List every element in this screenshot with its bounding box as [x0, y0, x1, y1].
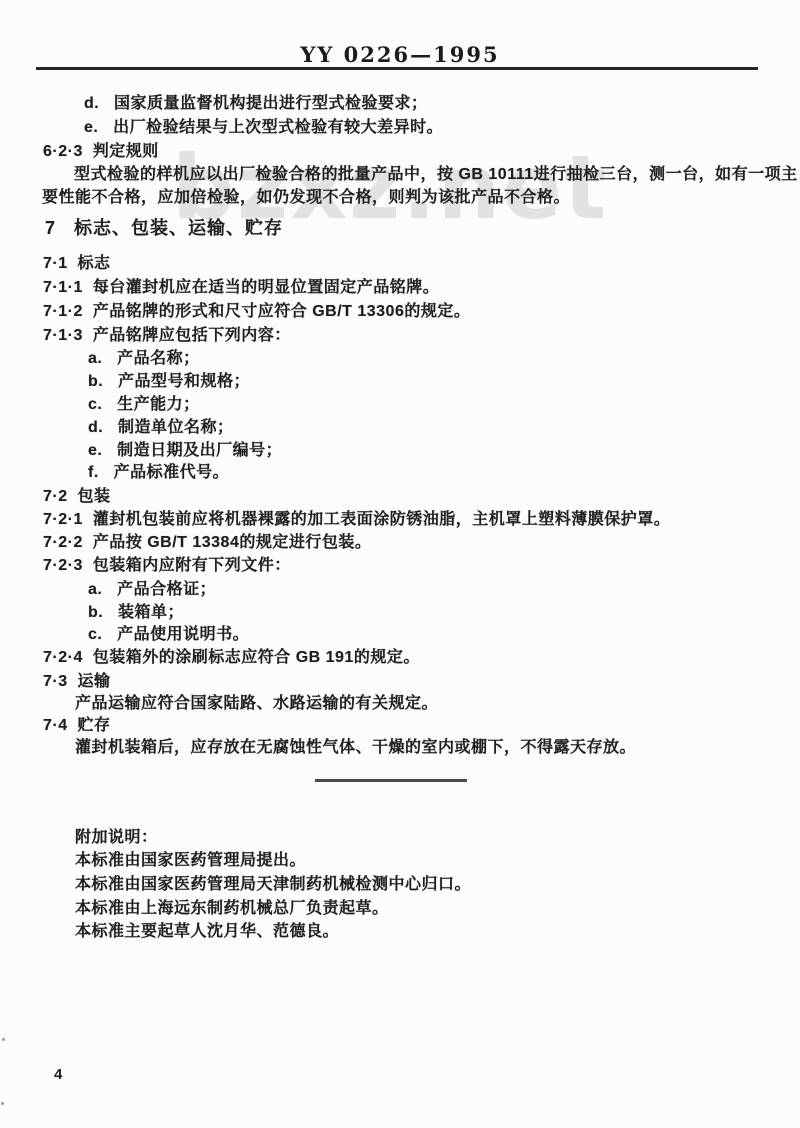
clause-7-2-4: 7·2·4 包装箱外的涂刷标志应符合 GB 191的规定。: [43, 644, 420, 667]
nameplate-item-d: d. 制造单位名称；: [88, 414, 234, 437]
clause-7-3-para: 产品运输应符合国家陆路、水路运输的有关规定。: [75, 690, 438, 713]
header-rule: [36, 67, 758, 70]
clause-7-1-heading: 7·1 标志: [43, 250, 111, 273]
packing-doc-item-a: a. 产品合格证；: [88, 576, 216, 599]
document-page: bzxz.net YY 0226—1995 d. 国家质量监督机构提出进行型式检…: [0, 0, 800, 1128]
standard-number: YY 0226—1995: [0, 42, 800, 67]
clause-7-4-heading: 7·4 贮存: [43, 712, 111, 735]
clause-7-1-3: 7·1·3 产品铭牌应包括下列内容：: [43, 322, 291, 345]
appendix-line-proposer: 本标准由国家医药管理局提出。: [75, 847, 306, 870]
clause-6-2-2-item-d: d. 国家质量监督机构提出进行型式检验要求；: [84, 90, 428, 113]
clause-7-2-1: 7·2·1 灌封机包装前应将机器裸露的加工表面涂防锈油脂，主机罩上塑料薄膜保护罩…: [43, 506, 670, 529]
clause-6-2-3-para-line-2: 要性能不合格，应加倍检验，如仍发现不合格，则判为该批产品不合格。: [42, 184, 570, 207]
nameplate-item-a: a. 产品名称；: [88, 345, 200, 368]
nameplate-item-b: b. 产品型号和规格；: [88, 368, 250, 391]
appendix-line-drafters: 本标准主要起草人沈月华、范德良。: [75, 918, 339, 941]
clause-7-2-heading: 7·2 包装: [43, 483, 111, 506]
clause-7-heading: 7 标志、包装、运输、贮存: [45, 214, 283, 240]
scan-artifact: [2, 1038, 5, 1041]
packing-doc-item-c: c. 产品使用说明书。: [88, 621, 249, 644]
appendix-line-centralized: 本标准由国家医药管理局天津制药机械检测中心归口。: [75, 871, 471, 894]
clause-7-2-3: 7·2·3 包装箱内应附有下列文件：: [43, 552, 291, 575]
clause-7-1-1: 7·1·1 每台灌封机应在适当的明显位置固定产品铭牌。: [43, 274, 439, 297]
nameplate-item-e: e. 制造日期及出厂编号；: [88, 437, 282, 460]
page-number: 4: [54, 1066, 62, 1083]
nameplate-item-f: f. 产品标准代号。: [88, 459, 229, 482]
clause-7-3-heading: 7·3 运输: [43, 668, 111, 691]
appendix-heading: 附加说明：: [75, 824, 158, 847]
clause-6-2-3-para-line-1: 型式检验的样机应以出厂检验合格的批量产品中，按 GB 10111进行抽检三台，测…: [74, 161, 798, 184]
clause-6-2-3-heading: 6·2·3 判定规则: [43, 138, 159, 161]
clause-7-2-2: 7·2·2 产品按 GB/T 13384的规定进行包装。: [43, 529, 371, 552]
packing-doc-item-b: b. 装箱单；: [88, 599, 184, 622]
clause-7-4-para: 灌封机装箱后，应存放在无腐蚀性气体、干燥的室内或棚下，不得露天存放。: [75, 734, 636, 757]
clause-7-1-2: 7·1·2 产品铭牌的形式和尺寸应符合 GB/T 13306的规定。: [43, 298, 470, 321]
nameplate-item-c: c. 生产能力；: [88, 391, 200, 414]
appendix-separator-rule: [315, 779, 467, 782]
clause-6-2-2-item-e: e. 出厂检验结果与上次型式检验有较大差异时。: [84, 114, 443, 137]
scan-artifact: [1, 1102, 4, 1105]
appendix-line-drafting-org: 本标准由上海远东制药机械总厂负责起草。: [75, 895, 389, 918]
